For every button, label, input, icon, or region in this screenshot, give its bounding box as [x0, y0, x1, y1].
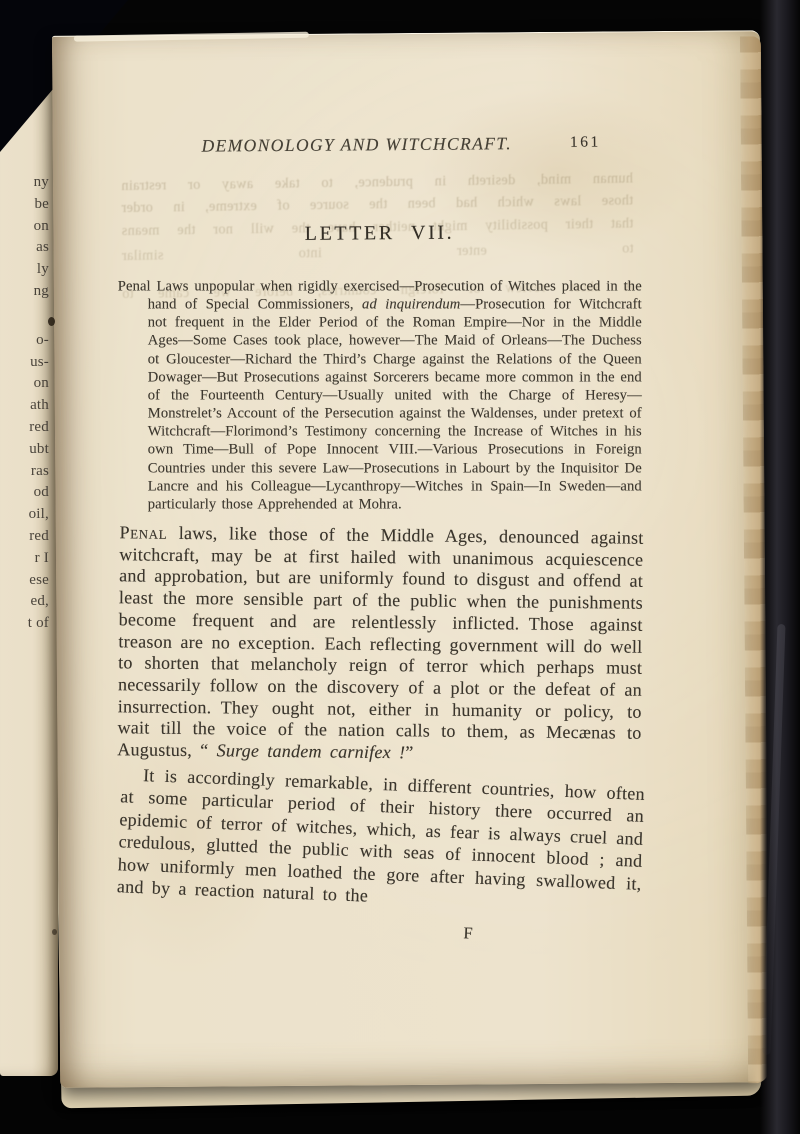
verso-text-fragment: on — [28, 373, 49, 395]
verso-text-fragment: ubt — [28, 439, 49, 461]
verso-text-fragment: ese — [28, 570, 49, 592]
verso-text-fragment: red — [28, 417, 49, 439]
verso-text-fragment: r I — [28, 548, 49, 570]
body-paragraph-1: Penal laws, like those of the Middle Age… — [117, 522, 643, 766]
verso-text-fragment: o- — [28, 330, 49, 352]
chapter-heading: LETTER VII. — [117, 220, 641, 247]
verso-text-fragment: t of — [28, 613, 49, 635]
verso-text-fragment: od — [28, 482, 49, 504]
verso-paragraph-gap — [28, 303, 49, 330]
page-number: 161 — [570, 133, 601, 151]
verso-text-fragment: ed, — [28, 591, 49, 613]
running-header: DEMONOLOGY AND WITCHCRAFT. 161 — [117, 132, 641, 160]
body-paragraph-2: It is accordingly remarkable, in differe… — [117, 763, 646, 917]
book-cover-spine — [760, 0, 800, 1134]
argument-text: —Prosecution for Witchcraft not frequent… — [148, 296, 642, 512]
book-photo: ny be on as ly ng o- us- on ath red ubt … — [0, 0, 800, 1134]
closing-quote: ” — [405, 742, 413, 762]
verso-text-fragment: ng — [28, 281, 49, 303]
verso-text-fragment: be — [28, 194, 49, 216]
paragraph-lead-smallcaps: Penal — [119, 522, 167, 542]
latin-quotation: Surge tandem carnifex ! — [217, 740, 406, 762]
ink-speck — [48, 317, 55, 326]
verso-text-fragment: ly — [28, 259, 49, 281]
verso-text-fragment: on — [28, 216, 49, 238]
book-page: human mind, desireth in prudence, to tak… — [52, 30, 768, 1088]
argument-latin-phrase: ad inquirendum — [362, 296, 460, 312]
page-content: DEMONOLOGY AND WITCHCRAFT. 161 LETTER VI… — [117, 132, 647, 930]
verso-text-fragment: as — [28, 237, 49, 259]
verso-text-fragments: ny be on as ly ng o- us- on ath red ubt … — [28, 172, 49, 635]
ink-speck — [52, 929, 57, 935]
running-header-title: DEMONOLOGY AND WITCHCRAFT. — [117, 132, 641, 157]
verso-text-fragment: oil, — [28, 504, 49, 526]
chapter-argument-summary: Penal Laws unpopular when rigidly exerci… — [118, 277, 642, 513]
verso-text-fragment: us- — [28, 352, 49, 374]
verso-page-strip: ny be on as ly ng o- us- on ath red ubt … — [0, 44, 58, 1076]
verso-text-fragment: ath — [28, 395, 49, 417]
verso-text-fragment: ny — [28, 172, 49, 194]
cover-shine — [762, 624, 785, 1055]
verso-text-fragment: red — [28, 526, 49, 548]
body-paragraph-2-wrap: It is accordingly remarkable, in differe… — [115, 763, 645, 950]
paragraph-text: laws, like those of the Middle Ages, den… — [117, 523, 643, 761]
verso-text-fragment: ras — [28, 461, 49, 483]
